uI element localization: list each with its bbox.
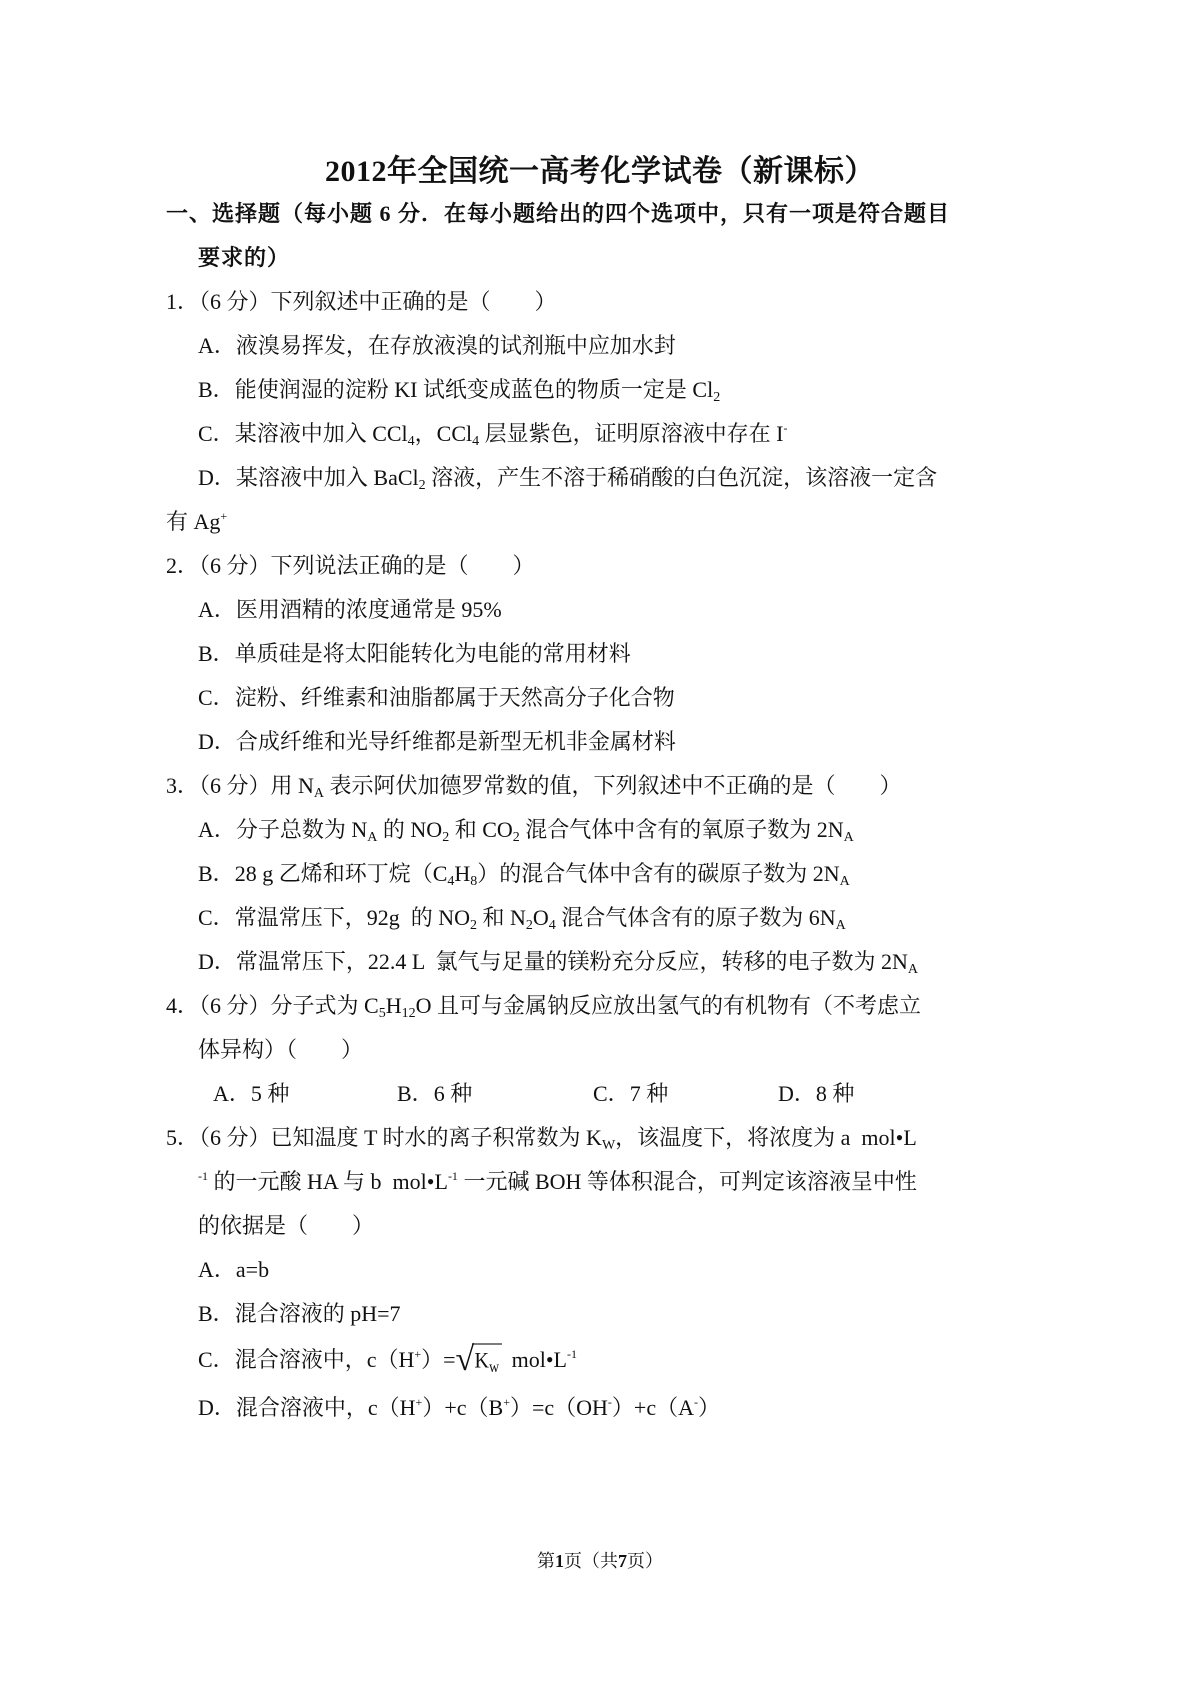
question-1: 1．（6 分）下列叙述中正确的是（ ）: [166, 287, 557, 317]
q4-option-d: D．8 种: [778, 1079, 854, 1109]
question-number: 1．: [166, 289, 199, 314]
question-5-cont2: 的依据是（ ）: [198, 1211, 374, 1241]
page-total: 7: [618, 1551, 627, 1571]
question-stem: （6 分）下列叙述中正确的是（ ）: [199, 289, 557, 314]
q4-option-b: B．6 种: [397, 1079, 472, 1109]
page-footer: 第1页（共7页）: [0, 1547, 1200, 1573]
q1-option-a: A．液溴易挥发，在存放液溴的试剂瓶中应加水封: [198, 331, 676, 361]
q5-option-d: D．混合溶液中，c（H+）+c（B+）=c（OH-）+c（A-）: [198, 1393, 720, 1423]
question-3: 3．（6 分）用 NA 表示阿伏加德罗常数的值，下列叙述中不正确的是（ ）: [166, 771, 902, 801]
question-4: 4．（6 分）分子式为 C5H12O 且可与金属钠反应放出氢气的有机物有（不考虑…: [166, 991, 921, 1021]
q2-option-a: A．医用酒精的浓度通常是 95%: [198, 595, 502, 625]
q4-option-c: C．7 种: [593, 1079, 668, 1109]
q1-option-c: C．某溶液中加入 CCl4，CCl4 层显紫色，证明原溶液中存在 I-: [198, 419, 787, 449]
q5-option-c: C．混合溶液中，c（H+）=√Kw mol•L-1: [198, 1345, 577, 1376]
page-title: 2012年全国统一高考化学试卷（新课标）: [0, 146, 1200, 190]
q3-option-b: B．28 g 乙烯和环丁烷（C4H8）的混合气体中含有的碳原子数为 2NA: [198, 859, 850, 889]
question-5: 5．（6 分）已知温度 T 时水的离子积常数为 KW，该温度下，将浓度为 a m…: [166, 1123, 917, 1153]
q5-option-a: A．a=b: [198, 1255, 269, 1285]
option-text: 某溶液中加入 CCl4，CCl4 层显紫色，证明原溶液中存在 I-: [235, 421, 788, 446]
q1-option-d-cont: 有 Ag+: [166, 507, 227, 537]
q1-option-b: B．能使润湿的淀粉 KI 试纸变成蓝色的物质一定是 Cl2: [198, 375, 720, 405]
q2-option-c: C．淀粉、纤维素和油脂都属于天然高分子化合物: [198, 683, 675, 713]
q2-option-b: B．单质硅是将太阳能转化为电能的常用材料: [198, 639, 631, 669]
question-4-cont: 体异构）（ ）: [198, 1035, 363, 1065]
q3-option-a: A．分子总数为 NA 的 NO2 和 CO2 混合气体中含有的氧原子数为 2NA: [198, 815, 854, 845]
section-heading-cont: 要求的）: [198, 243, 290, 273]
q4-option-a: A．5 种: [213, 1079, 289, 1109]
q2-option-d: D．合成纤维和光导纤维都是新型无机非金属材料: [198, 727, 676, 757]
page-number: 1: [555, 1551, 564, 1571]
question-2: 2．（6 分）下列说法正确的是（ ）: [166, 551, 535, 581]
section-heading: 一、选择题（每小题 6 分．在每小题给出的四个选项中，只有一项是符合题目: [166, 199, 950, 229]
q5-option-b: B．混合溶液的 pH=7: [198, 1299, 400, 1329]
option-text: 能使润湿的淀粉 KI 试纸变成蓝色的物质一定是 Cl2: [235, 377, 721, 402]
q3-option-d: D．常温常压下，22.4 L 氯气与足量的镁粉充分反应，转移的电子数为 2NA: [198, 947, 918, 977]
q1-option-d: D．某溶液中加入 BaCl2 溶液，产生不溶于稀硝酸的白色沉淀，该溶液一定含: [198, 463, 937, 493]
option-text: 某溶液中加入 BaCl2 溶液，产生不溶于稀硝酸的白色沉淀，该溶液一定含: [236, 465, 937, 490]
question-5-cont1: -1 的一元酸 HA 与 b mol•L-1 一元碱 BOH 等体积混合，可判定…: [198, 1167, 917, 1197]
q3-option-c: C．常温常压下，92g 的 NO2 和 N2O4 混合气体含有的原子数为 6NA: [198, 903, 846, 933]
sqrt-kw: √Kw: [456, 1345, 503, 1376]
